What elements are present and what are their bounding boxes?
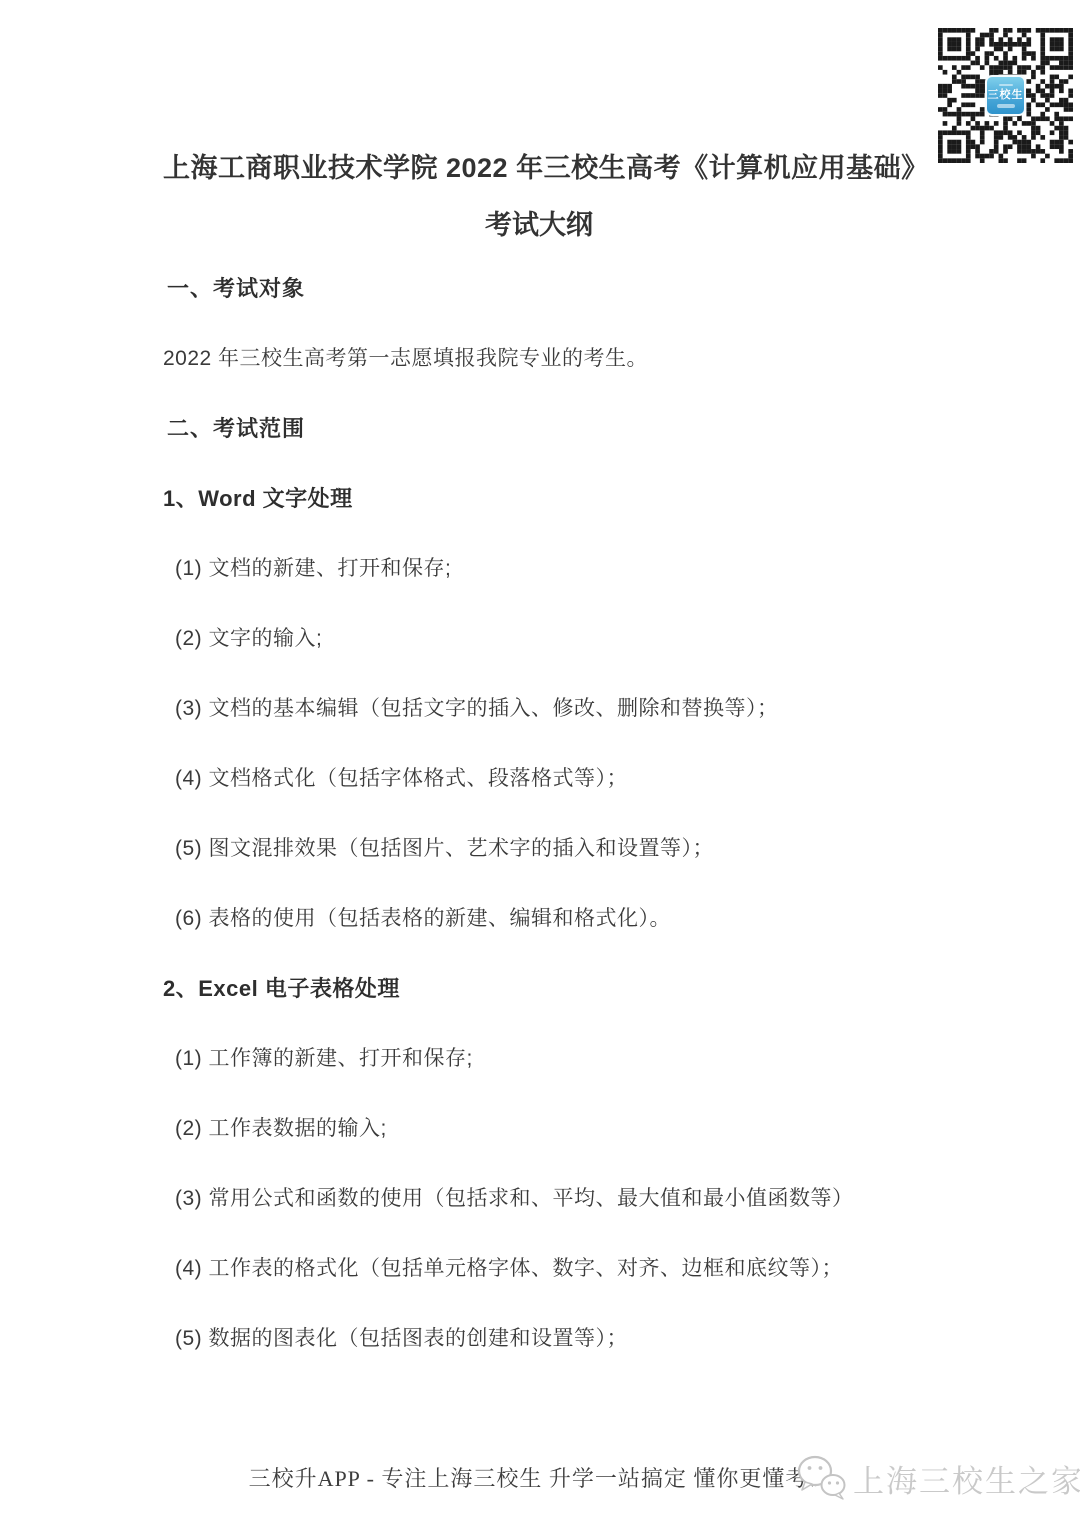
word-item-4: (4) 文档格式化（包括字体格式、段落格式等）； (163, 762, 953, 832)
watermark-text: 上海三校生之家 (853, 1456, 1080, 1501)
excel-item-5: (5) 数据的图表化（包括图表的创建和设置等）； (163, 1322, 953, 1392)
document-title-line1: 上海工商职业技术学院 2022 年三校生高考《计算机应用基础》 (163, 146, 915, 185)
qrcode-logo-decoration-top (999, 84, 1013, 86)
excel-item-2: (2) 工作表数据的输入; (163, 1112, 953, 1182)
heading-exam-scope: 二、考试范围 (163, 412, 953, 482)
para-exam-audience: 2022 年三校生高考第一志愿填报我院专业的考生。 (163, 342, 953, 412)
word-item-6: (6) 表格的使用（包括表格的新建、编辑和格式化）。 (163, 902, 953, 972)
wechat-icon (793, 1450, 849, 1506)
subheading-excel: 2、Excel 电子表格处理 (163, 972, 953, 1042)
word-item-5: (5) 图文混排效果（包括图片、艺术字的插入和设置等）； (163, 832, 953, 902)
watermark: 上海三校生之家 (793, 1448, 1080, 1508)
excel-item-4: (4) 工作表的格式化（包括单元格字体、数字、对齐、边框和底纹等）； (163, 1252, 953, 1322)
qrcode-logo-label: 三校生 (988, 89, 1024, 101)
excel-item-1: (1) 工作簿的新建、打开和保存; (163, 1042, 953, 1112)
qrcode-logo-decoration-bottom (997, 104, 1015, 108)
document-body: 一、考试对象 2022 年三校生高考第一志愿填报我院专业的考生。 二、考试范围 … (163, 272, 953, 1392)
document-title-line2: 考试大纲 (163, 203, 915, 242)
excel-item-3: (3) 常用公式和函数的使用（包括求和、平均、最大值和最小值函数等） (163, 1182, 953, 1252)
subheading-word: 1、Word 文字处理 (163, 482, 953, 552)
qrcode-image: 三校生 (938, 28, 1073, 163)
qrcode-center-logo: 三校生 (985, 75, 1026, 116)
word-item-2: (2) 文字的输入; (163, 622, 953, 692)
word-item-3: (3) 文档的基本编辑（包括文字的插入、修改、删除和替换等）； (163, 692, 953, 762)
word-item-1: (1) 文档的新建、打开和保存; (163, 552, 953, 622)
heading-exam-audience: 一、考试对象 (163, 272, 953, 342)
